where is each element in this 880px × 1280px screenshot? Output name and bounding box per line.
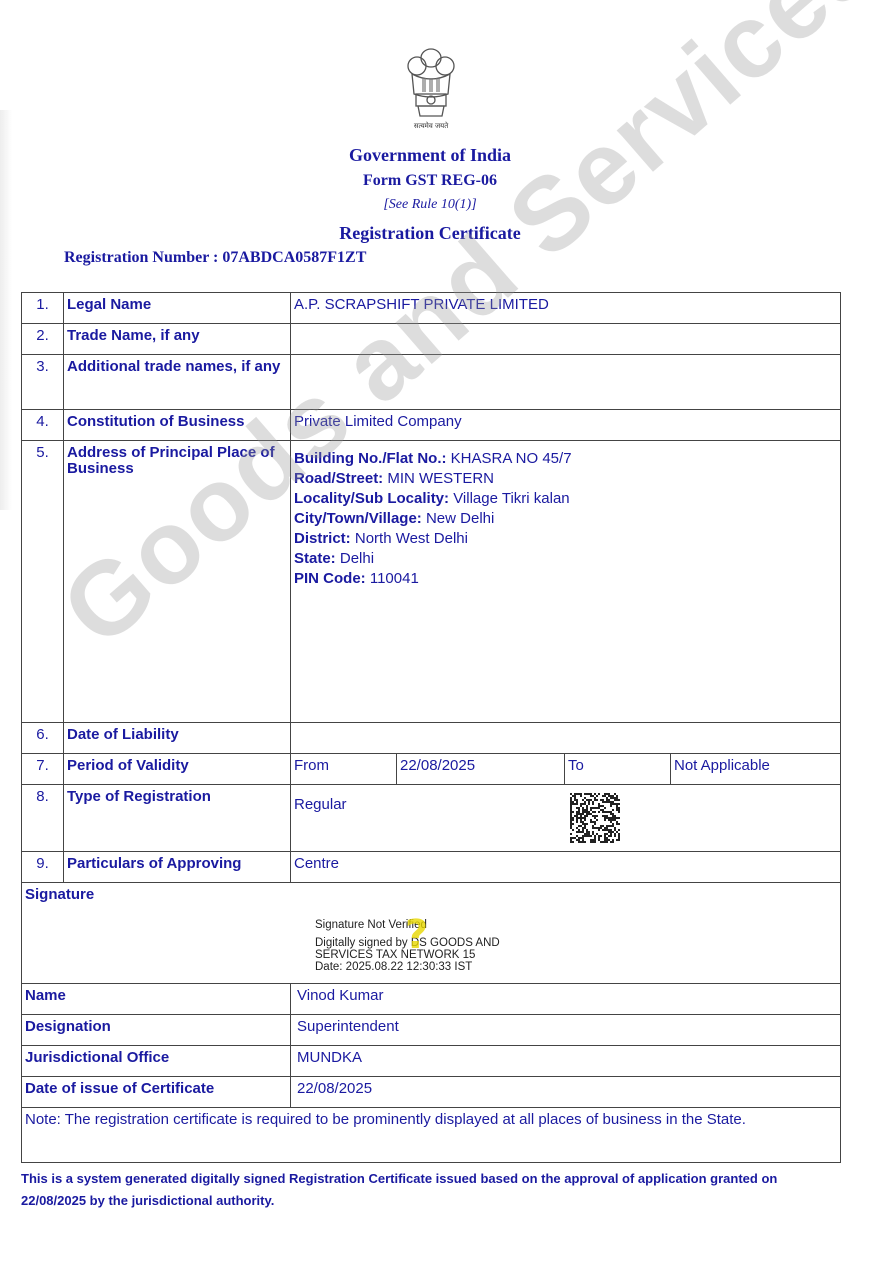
validity-to-date: Not Applicable bbox=[671, 754, 841, 785]
table-row-issue-date: Date of issue of Certificate 22/08/2025 bbox=[22, 1077, 841, 1108]
table-row-trade-name: 2. Trade Name, if any bbox=[22, 324, 841, 355]
row-number: 9. bbox=[22, 852, 64, 883]
form-title: Form GST REG-06 bbox=[0, 172, 860, 190]
row-number: 5. bbox=[22, 441, 64, 723]
office-label: Jurisdictional Office bbox=[22, 1046, 291, 1077]
table-row-address: 5. Address of Principal Place of Busines… bbox=[22, 441, 841, 723]
emblem-motto: सत्यमेव जयते bbox=[395, 122, 467, 131]
certificate-table: 1. Legal Name A.P. SCRAPSHIFT PRIVATE LI… bbox=[21, 292, 841, 1163]
constitution-value: Private Limited Company bbox=[291, 410, 841, 441]
table-row-constitution: 4. Constitution of Business Private Limi… bbox=[22, 410, 841, 441]
signature-unverified-icon[interactable]: ? bbox=[405, 915, 428, 955]
address-locality: Locality/Sub Locality: Village Tikri kal… bbox=[294, 489, 837, 509]
table-row-type-of-registration: 8. Type of Registration Regular bbox=[22, 785, 841, 852]
row-label: Trade Name, if any bbox=[64, 324, 291, 355]
table-row-additional-trade-names: 3. Additional trade names, if any bbox=[22, 355, 841, 410]
address-city: City/Town/Village: New Delhi bbox=[294, 509, 837, 529]
table-row-designation: Designation Superintendent bbox=[22, 1015, 841, 1046]
designation-label: Designation bbox=[22, 1015, 291, 1046]
table-row-date-of-liability: 6. Date of Liability bbox=[22, 723, 841, 754]
signature-cell: Signature Signature Not Verified Digital… bbox=[22, 883, 841, 984]
table-row-legal-name: 1. Legal Name A.P. SCRAPSHIFT PRIVATE LI… bbox=[22, 293, 841, 324]
page-edge-shadow bbox=[0, 110, 12, 510]
address-value: Building No./Flat No.: KHASRA NO 45/7 Ro… bbox=[291, 441, 841, 723]
address-state: State: Delhi bbox=[294, 549, 837, 569]
table-row-officer-name: Name Vinod Kumar bbox=[22, 984, 841, 1015]
table-row-period-of-validity: 7. Period of Validity From 22/08/2025 To… bbox=[22, 754, 841, 785]
qr-code-icon bbox=[570, 793, 620, 843]
issue-date-label: Date of issue of Certificate bbox=[22, 1077, 291, 1108]
signature-label: Signature bbox=[25, 887, 837, 903]
address-district: District: North West Delhi bbox=[294, 529, 837, 549]
national-emblem-icon bbox=[400, 44, 462, 134]
row-label: Legal Name bbox=[64, 293, 291, 324]
rule-reference: [See Rule 10(1)] bbox=[0, 197, 860, 213]
address-building: Building No./Flat No.: KHASRA NO 45/7 bbox=[294, 449, 837, 469]
legal-name-value: A.P. SCRAPSHIFT PRIVATE LIMITED bbox=[291, 293, 841, 324]
footer-disclaimer: This is a system generated digitally sig… bbox=[21, 1168, 841, 1212]
government-title: Government of India bbox=[0, 145, 860, 166]
row-number: 8. bbox=[22, 785, 64, 852]
table-row-approving: 9. Particulars of Approving Centre bbox=[22, 852, 841, 883]
issue-date-value: 22/08/2025 bbox=[291, 1077, 841, 1108]
designation-value: Superintendent bbox=[291, 1015, 841, 1046]
table-row-note: Note: The registration certificate is re… bbox=[22, 1108, 841, 1163]
row-label: Type of Registration bbox=[64, 785, 291, 852]
certificate-title: Registration Certificate bbox=[0, 223, 860, 244]
validity-from-date: 22/08/2025 bbox=[397, 754, 565, 785]
signature-date: Date: 2025.08.22 12:30:33 IST bbox=[315, 961, 500, 973]
trade-name-value bbox=[291, 324, 841, 355]
date-of-liability-value bbox=[291, 723, 841, 754]
address-pin: PIN Code: 110041 bbox=[294, 569, 837, 589]
validity-from-label: From bbox=[291, 754, 397, 785]
table-row-jurisdictional-office: Jurisdictional Office MUNDKA bbox=[22, 1046, 841, 1077]
officer-name-value: Vinod Kumar bbox=[291, 984, 841, 1015]
row-number: 2. bbox=[22, 324, 64, 355]
additional-trade-names-value bbox=[291, 355, 841, 410]
row-number: 3. bbox=[22, 355, 64, 410]
officer-name-label: Name bbox=[22, 984, 291, 1015]
row-number: 1. bbox=[22, 293, 64, 324]
row-number: 6. bbox=[22, 723, 64, 754]
registration-type-value: Regular bbox=[294, 797, 837, 813]
row-label: Date of Liability bbox=[64, 723, 291, 754]
registration-number: Registration Number : 07ABDCA0587F1ZT bbox=[64, 249, 366, 267]
approving-value: Centre bbox=[291, 852, 841, 883]
registration-type-cell: Regular bbox=[291, 785, 841, 852]
note-text: Note: The registration certificate is re… bbox=[22, 1108, 841, 1163]
validity-to-label: To bbox=[565, 754, 671, 785]
row-number: 7. bbox=[22, 754, 64, 785]
row-number: 4. bbox=[22, 410, 64, 441]
office-value: MUNDKA bbox=[291, 1046, 841, 1077]
row-label: Additional trade names, if any bbox=[64, 355, 291, 410]
row-label: Period of Validity bbox=[64, 754, 291, 785]
table-row-signature: Signature Signature Not Verified Digital… bbox=[22, 883, 841, 984]
address-road: Road/Street: MIN WESTERN bbox=[294, 469, 837, 489]
row-label: Address of Principal Place of Business bbox=[64, 441, 291, 723]
row-label: Particulars of Approving bbox=[64, 852, 291, 883]
row-label: Constitution of Business bbox=[64, 410, 291, 441]
